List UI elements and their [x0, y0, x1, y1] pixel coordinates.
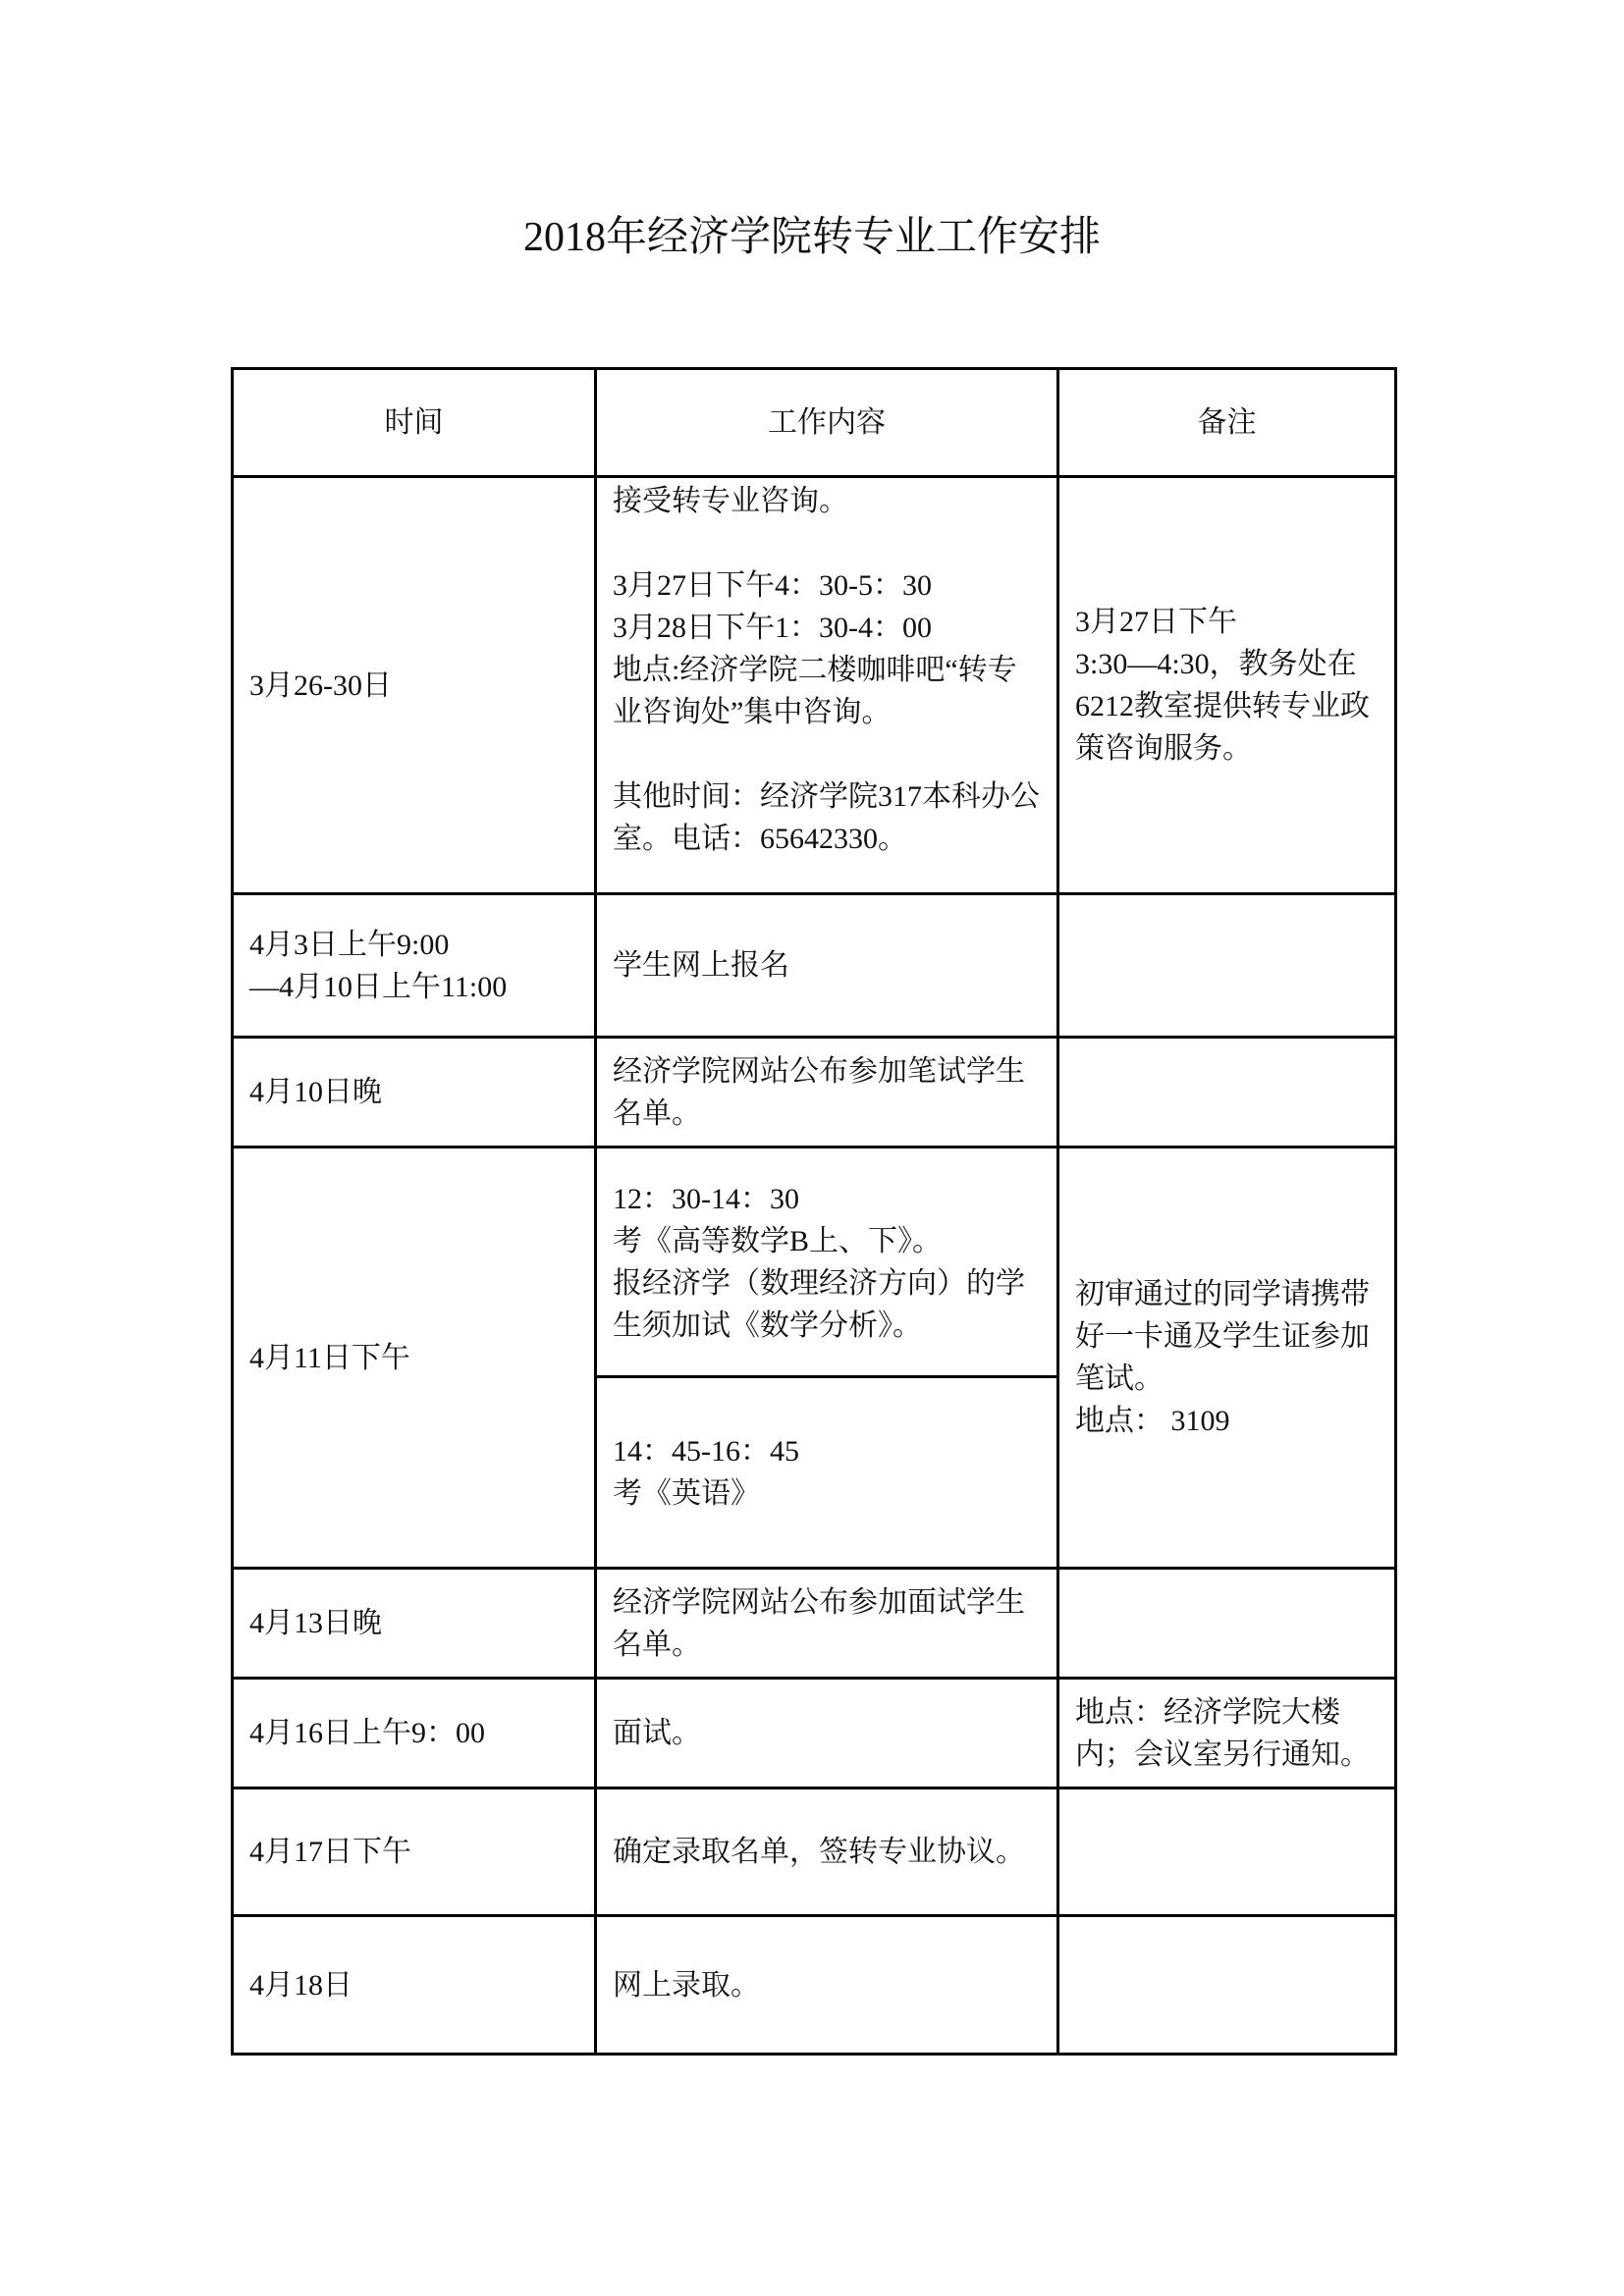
cell-time: 4月18日 [233, 1916, 596, 2055]
content-paragraph: 其他时间：经济学院317本科办公室。电话：65642330。 [613, 775, 1041, 860]
table-row: 3月26-30日 接受转专业咨询。 3月27日下午4：30-5：30 3月28日… [233, 477, 1396, 894]
cell-time: 4月11日下午 [233, 1148, 596, 1569]
table-row: 4月16日上午9：00 面试。 地点：经济学院大楼内；会议室另行通知。 [233, 1679, 1396, 1789]
cell-remarks [1058, 1038, 1396, 1148]
cell-content: 接受转专业咨询。 3月27日下午4：30-5：30 3月28日下午1：30-4：… [596, 477, 1058, 894]
cell-content: 确定录取名单，签转专业协议。 [596, 1789, 1058, 1916]
cell-time: 3月26-30日 [233, 477, 596, 894]
cell-remarks: 3月27日下午 3:30—4:30，教务处在6212教室提供转专业政策咨询服务。 [1058, 477, 1396, 894]
cell-remarks [1058, 1916, 1396, 2055]
cell-content: 网上录取。 [596, 1916, 1058, 2055]
header-time: 时间 [233, 369, 596, 477]
schedule-table: 时间 工作内容 备注 3月26-30日 接受转专业咨询。 3月27日下午4：30… [231, 367, 1397, 2056]
cell-content-exam-english: 14：45-16：45 考《英语》 [596, 1377, 1058, 1569]
content-paragraph: 3月27日下午4：30-5：30 3月28日下午1：30-4：00 地点:经济学… [613, 564, 1041, 733]
table-row: 4月11日下午 12：30-14：30 考《高等数学B上、下》。 报经济学（数理… [233, 1148, 1396, 1377]
table-row: 4月3日上午9:00 —4月10日上午11:00 学生网上报名 [233, 894, 1396, 1038]
cell-content: 经济学院网站公布参加面试学生名单。 [596, 1569, 1058, 1679]
cell-time: 4月13日晚 [233, 1569, 596, 1679]
cell-time: 4月10日晚 [233, 1038, 596, 1148]
cell-time: 4月17日下午 [233, 1789, 596, 1916]
cell-time: 4月16日上午9：00 [233, 1679, 596, 1789]
cell-remarks [1058, 1569, 1396, 1679]
cell-content-exam-math: 12：30-14：30 考《高等数学B上、下》。 报经济学（数理经济方向）的学生… [596, 1148, 1058, 1377]
header-remarks: 备注 [1058, 369, 1396, 477]
header-content: 工作内容 [596, 369, 1058, 477]
table-row: 4月13日晚 经济学院网站公布参加面试学生名单。 [233, 1569, 1396, 1679]
cell-remarks: 初审通过的同学请携带好一卡通及学生证参加笔试。 地点： 3109 [1058, 1148, 1396, 1569]
cell-content: 学生网上报名 [596, 894, 1058, 1038]
cell-content: 经济学院网站公布参加笔试学生名单。 [596, 1038, 1058, 1148]
cell-remarks [1058, 894, 1396, 1038]
table-row: 4月18日 网上录取。 [233, 1916, 1396, 2055]
cell-remarks [1058, 1789, 1396, 1916]
content-paragraph: 接受转专业咨询。 [613, 480, 1041, 522]
cell-content: 面试。 [596, 1679, 1058, 1789]
table-header-row: 时间 工作内容 备注 [233, 369, 1396, 477]
cell-remarks: 地点：经济学院大楼内；会议室另行通知。 [1058, 1679, 1396, 1789]
table-row: 4月17日下午 确定录取名单，签转专业协议。 [233, 1789, 1396, 1916]
table-row: 4月10日晚 经济学院网站公布参加笔试学生名单。 [233, 1038, 1396, 1148]
cell-time: 4月3日上午9:00 —4月10日上午11:00 [233, 894, 596, 1038]
page-title: 2018年经济学院转专业工作安排 [0, 208, 1624, 267]
